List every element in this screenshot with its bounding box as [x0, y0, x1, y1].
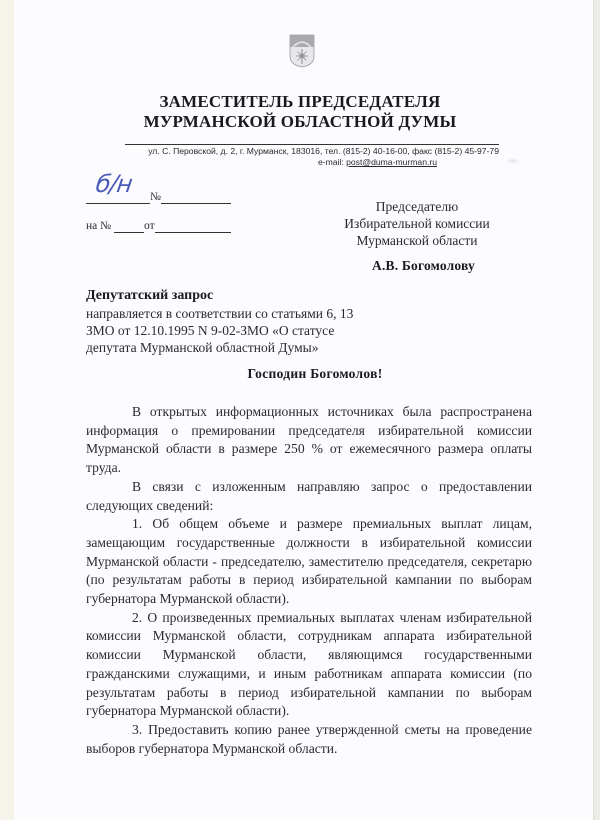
salutation: Господин Богомолов!: [0, 366, 600, 382]
email-link[interactable]: post@duma-murman.ru: [346, 157, 437, 167]
ref-from-label: от: [144, 220, 155, 232]
body-item-3: 3. Предоставить копию ранее утвержденной…: [86, 721, 532, 758]
request-title: Депутатский запрос: [86, 288, 213, 304]
addressee-line3: Мурманской области: [330, 232, 504, 249]
body-paragraph-request: В связи с изложенным направляю запрос о …: [86, 478, 532, 515]
ref-number-blank: [114, 220, 144, 233]
ref-date-blank: [155, 220, 231, 233]
letterhead-title-line1: ЗАМЕСТИТЕЛЬ ПРЕДСЕДАТЕЛЯ: [0, 92, 600, 112]
letterhead-title-line2: МУРМАНСКОЙ ОБЛАСТНОЙ ДУМЫ: [0, 112, 600, 132]
email-label: e-mail:: [318, 157, 346, 167]
letterhead-address: ул. С. Перовской, д. 2, г. Мурманск, 183…: [125, 146, 499, 157]
ref-prefix: на №: [86, 220, 111, 232]
reference-line: на № от: [86, 220, 231, 233]
addressee-name: А.В. Богомолову: [372, 258, 475, 274]
scan-smudge: [506, 158, 520, 164]
body-item-2: 2. О произведенных премиальных выплатах …: [86, 609, 532, 721]
request-basis-line1: направляется в соответствии со статьями …: [86, 306, 353, 322]
body-item-1: 1. Об общем объеме и размере премиальных…: [86, 515, 532, 609]
date-blank: [86, 191, 150, 204]
number-label: №: [150, 191, 161, 203]
addressee-line1: Председателю: [330, 198, 504, 215]
coat-of-arms-icon: [289, 34, 315, 68]
letterhead-email-line: e-mail: post@duma-murman.ru: [125, 157, 437, 168]
request-basis-line2: ЗМО от 12.10.1995 N 9-02-ЗМО «О статусе: [86, 323, 334, 339]
body-paragraph-intro: В открытых информационных источниках был…: [86, 403, 532, 478]
addressee-line2: Избирательной комиссии: [330, 215, 504, 232]
outgoing-number-line: №: [86, 191, 231, 204]
request-basis-line3: депутата Мурманской областной Думы»: [86, 340, 318, 356]
letterhead-divider: [125, 144, 499, 145]
letter-body: В открытых информационных источниках был…: [86, 403, 532, 758]
number-blank: [161, 191, 231, 204]
